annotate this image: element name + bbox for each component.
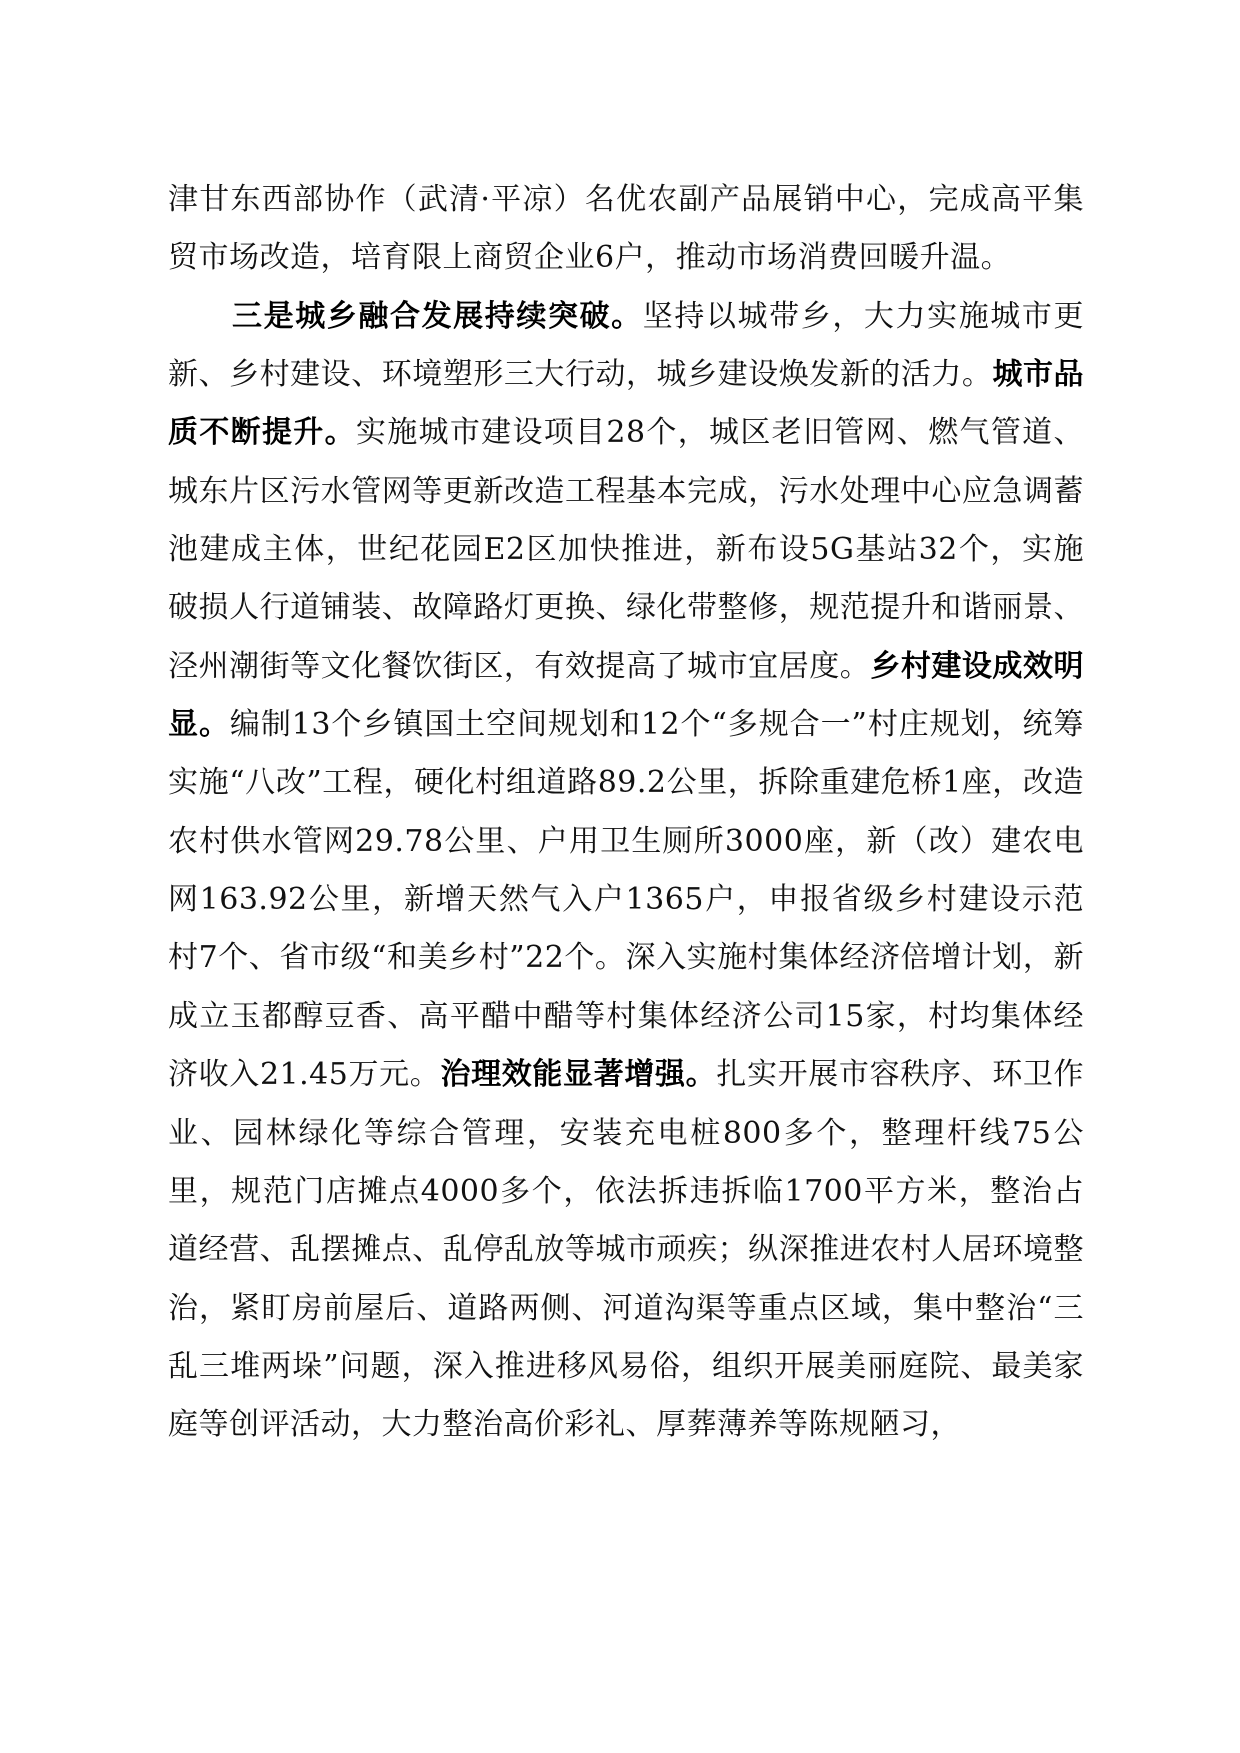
paragraph-urban-rural-integration: 三是城乡融合发展持续突破。坚持以城带乡，大力实施城市更新、乡村建设、环境塑形三大… (168, 288, 1084, 1455)
section-heading: 三是城乡融合发展持续突破。 (232, 299, 643, 334)
paragraph-text: 津甘东西部协作（武清·平凉）名优农副产品展销中心，完成高平集贸市场改造，培育限上… (168, 182, 1084, 275)
body-text: 津甘东西部协作（武清·平凉）名优农副产品展销中心，完成高平集贸市场改造，培育限上… (168, 171, 1084, 1455)
paragraph-text: 扎实开展市容秩序、环卫作业、园林绿化等综合管理，安装充电桩800多个，整理杆线7… (168, 1057, 1084, 1442)
document-page: 津甘东西部协作（武清·平凉）名优农副产品展销中心，完成高平集贸市场改造，培育限上… (0, 0, 1240, 1753)
paragraph-text: 编制13个乡镇国土空间规划和12个“多规合一”村庄规划，统筹实施“八改”工程，硬… (168, 707, 1084, 1092)
subheading-governance: 治理效能显著增强。 (440, 1057, 716, 1092)
paragraph-text: 实施城市建设项目28个，城区老旧管网、燃气管道、城东片区污水管网等更新改造工程基… (168, 415, 1084, 683)
paragraph-commerce-ending: 津甘东西部协作（武清·平凉）名优农副产品展销中心，完成高平集贸市场改造，培育限上… (168, 171, 1084, 288)
